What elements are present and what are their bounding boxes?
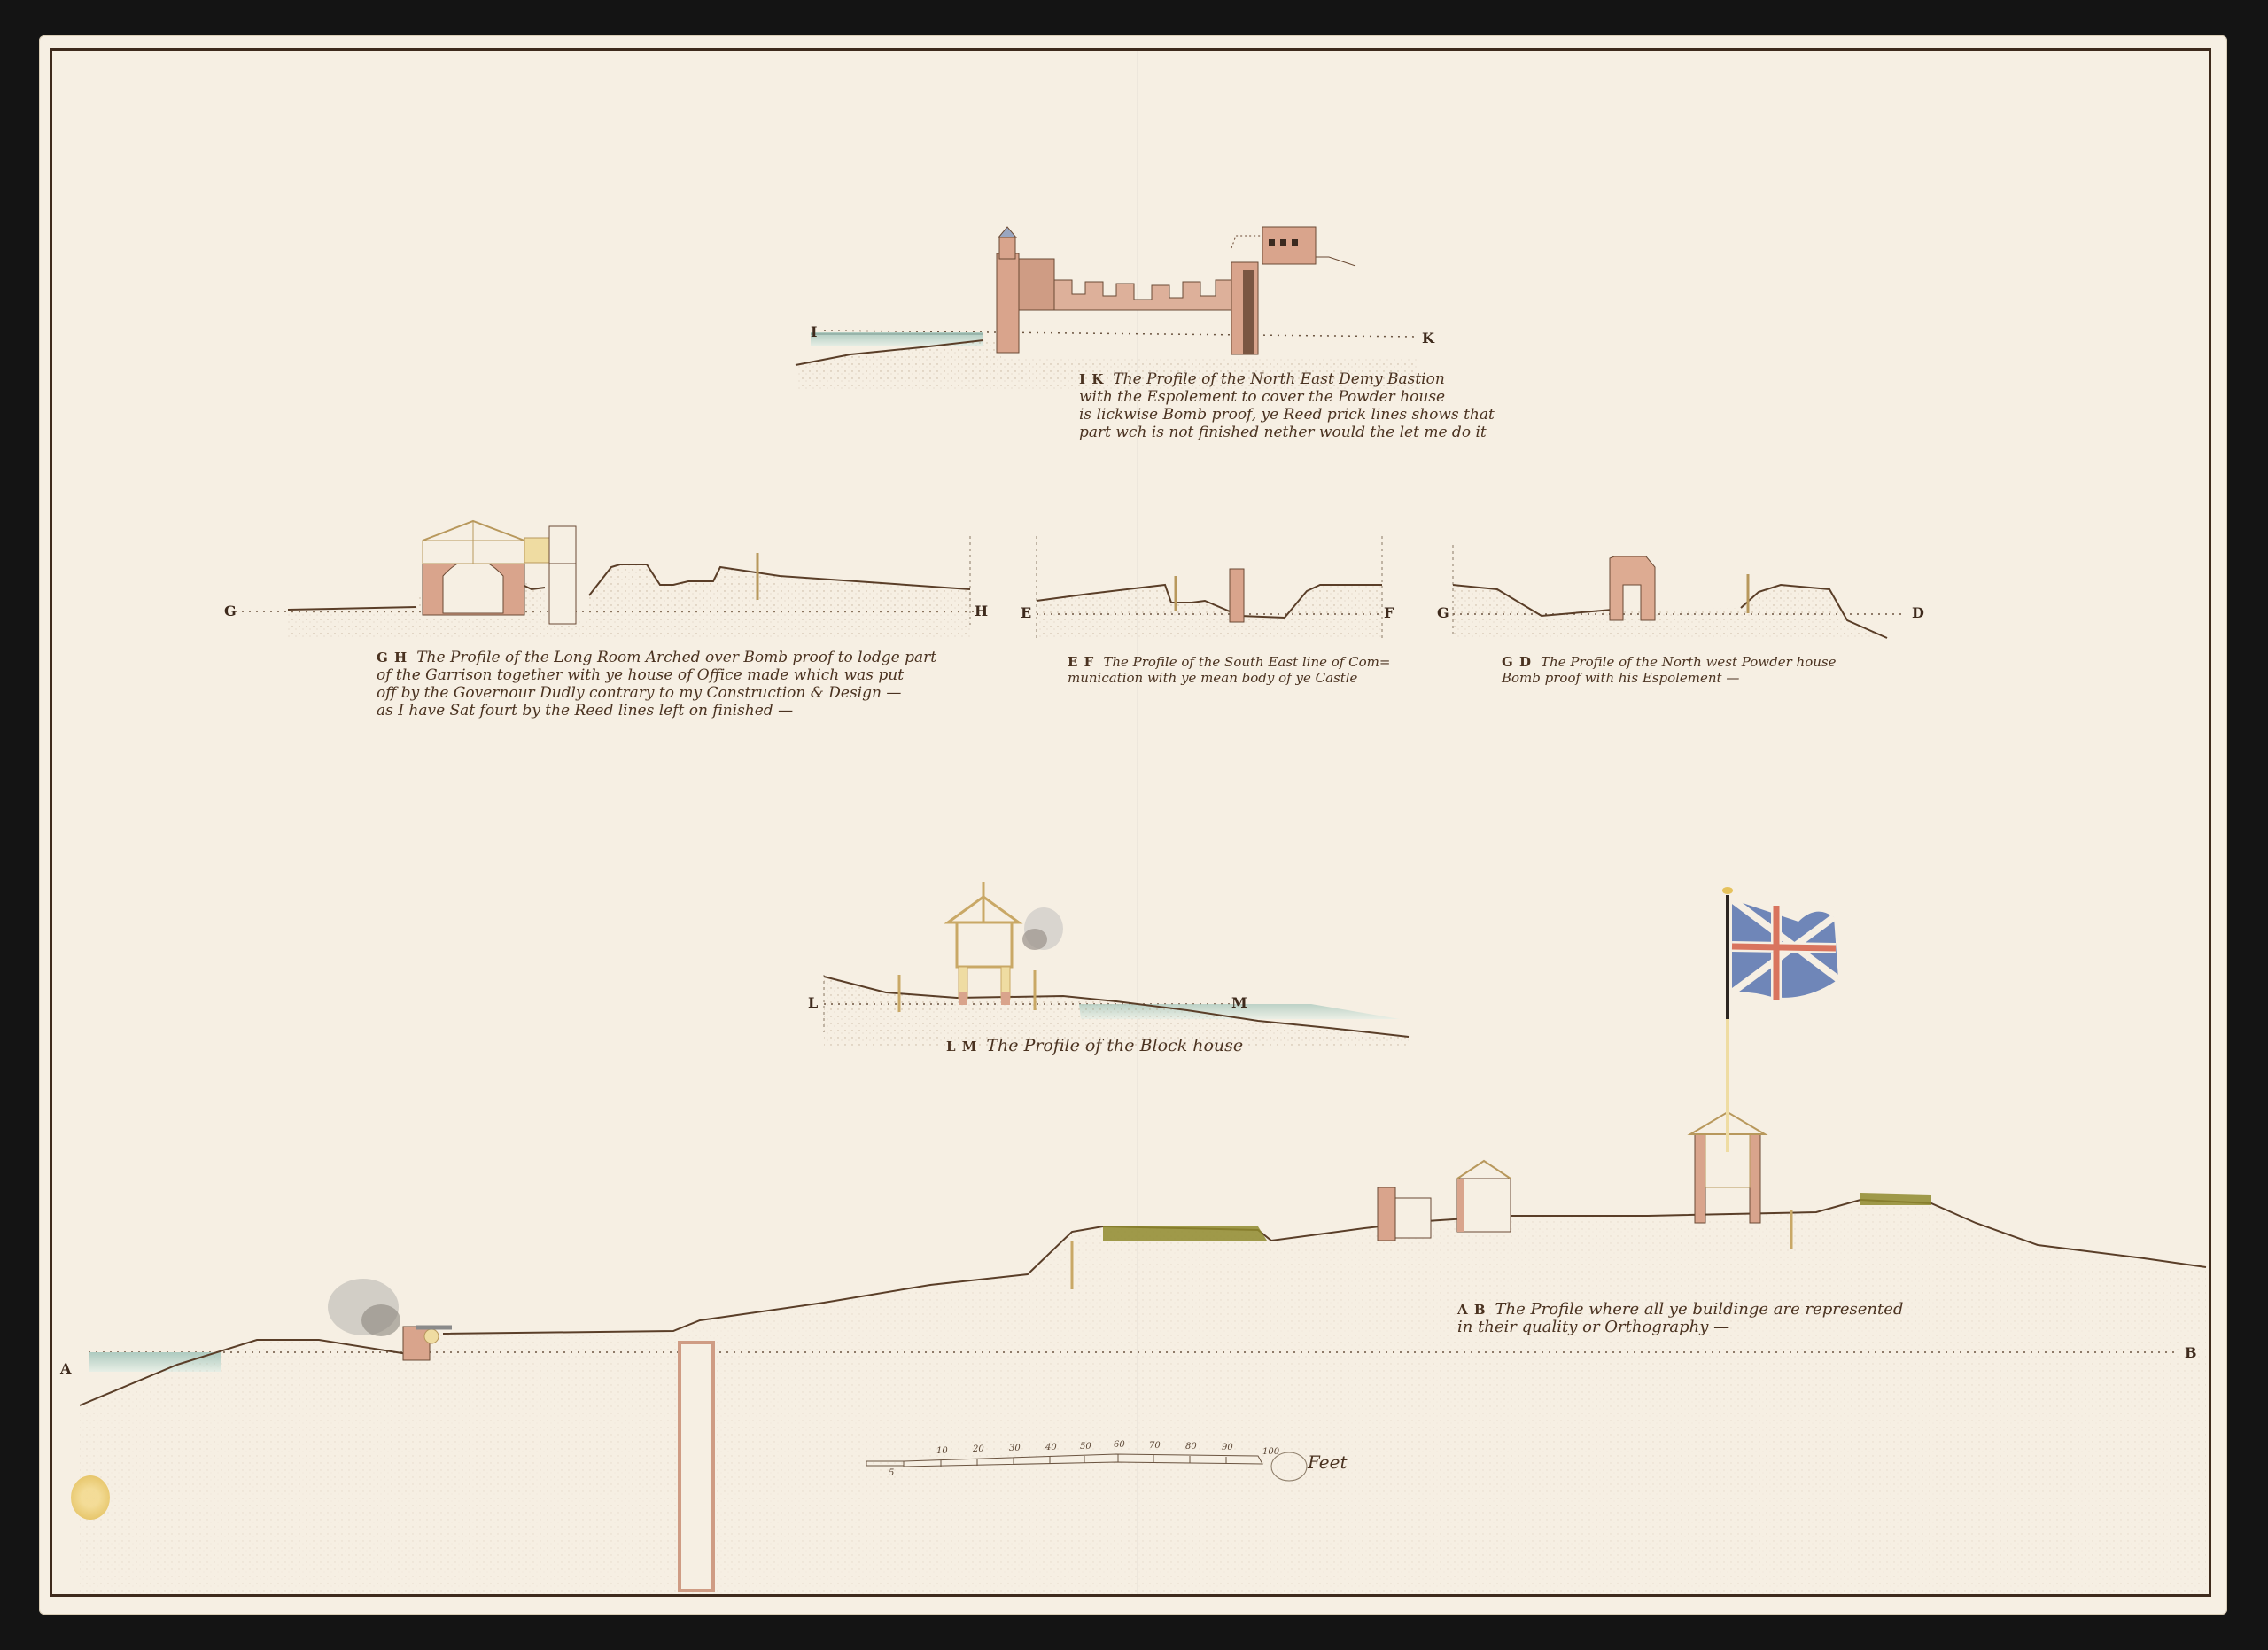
point-label-e: E	[1021, 604, 1031, 621]
caption-ef-key: E F	[1068, 654, 1094, 670]
caption-ik-text: The Profile of the North East Demy Basti…	[1079, 370, 1495, 441]
point-label-d: D	[1912, 604, 1924, 621]
scale-label-5: 5	[889, 1468, 894, 1478]
point-label-a: A	[60, 1360, 71, 1377]
scale-label-60: 60	[1114, 1440, 1125, 1450]
scale-label-50: 50	[1080, 1442, 1091, 1452]
scale-unit-label: Feet	[1308, 1453, 1348, 1471]
scale-label-10: 10	[936, 1446, 948, 1456]
caption-ik: I KThe Profile of the North East Demy Ba…	[1079, 353, 1495, 441]
caption-ef: E FThe Profile of the South East line of…	[1068, 638, 1390, 686]
scale-label-40: 40	[1045, 1443, 1057, 1452]
profile-ef-drawing	[1037, 536, 1382, 638]
caption-gd-text: The Profile of the North west Powder hou…	[1502, 654, 1836, 686]
scale-label-20: 20	[973, 1444, 984, 1454]
scale-label-80: 80	[1185, 1442, 1197, 1452]
point-label-i: I	[811, 323, 817, 340]
caption-ik-key: I K	[1079, 371, 1104, 387]
scale-label-100: 100	[1262, 1447, 1279, 1457]
profile-ab-drawing	[80, 887, 2206, 1595]
caption-lm-text: The Profile of the Block house	[986, 1036, 1243, 1055]
point-label-h: H	[975, 603, 988, 619]
caption-lm-key: L M	[946, 1039, 977, 1055]
point-label-m: M	[1231, 994, 1247, 1011]
point-label-g1: G	[224, 603, 237, 619]
point-label-b: B	[2185, 1344, 2197, 1361]
union-flag-icon	[1732, 899, 1838, 1000]
point-label-g2: G	[1437, 604, 1449, 621]
caption-gd-key: G D	[1502, 654, 1532, 670]
point-label-l: L	[808, 994, 818, 1011]
caption-ab-text: The Profile where all ye buildinge are r…	[1457, 1300, 1903, 1336]
profiles-drawing	[0, 0, 2268, 1650]
caption-lm: L MThe Profile of the Block house	[946, 1019, 1243, 1055]
scale-label-70: 70	[1149, 1441, 1161, 1451]
caption-gh: G HThe Profile of the Long Room Arched o…	[377, 631, 936, 720]
profile-gd-drawing	[1453, 545, 1905, 638]
caption-gh-key: G H	[377, 650, 408, 665]
caption-ef-text: The Profile of the South East line of Co…	[1068, 654, 1390, 686]
scale-label-90: 90	[1222, 1443, 1233, 1452]
caption-ab: A BThe Profile where all ye buildinge ar…	[1457, 1283, 1903, 1336]
point-label-k: K	[1422, 330, 1434, 346]
profile-ik-drawing	[796, 227, 1417, 886]
scale-label-30: 30	[1009, 1444, 1021, 1453]
point-label-f: F	[1384, 604, 1394, 621]
royal-seal-stamp	[71, 1475, 110, 1520]
caption-gh-text: The Profile of the Long Room Arched over…	[377, 649, 936, 720]
caption-gd: G DThe Profile of the North west Powder …	[1502, 638, 1836, 686]
profile-gh-drawing	[235, 521, 979, 638]
caption-ab-key: A B	[1457, 1302, 1487, 1318]
